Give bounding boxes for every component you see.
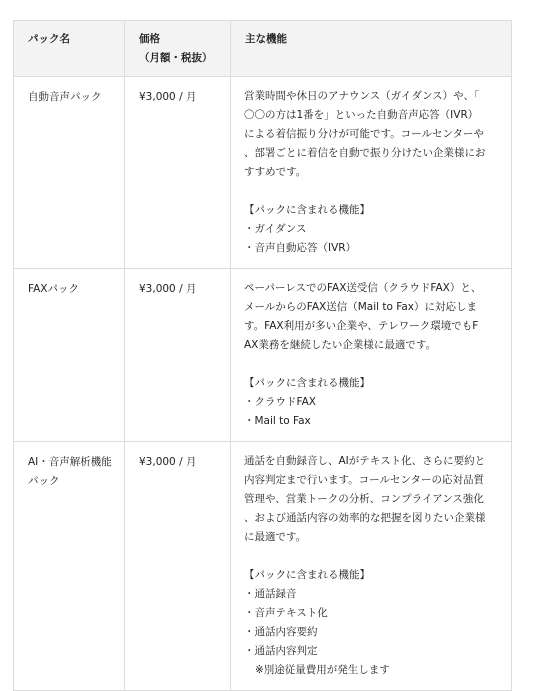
- pack-pricing-table-container: パック名 価格 （月額・税抜） 主な機能 自動音声パック: [13, 20, 511, 640]
- included-feature-item: ・Mail to Fax: [244, 412, 501, 431]
- included-feature-item: ・ガイダンス: [244, 220, 501, 239]
- table-header-row: パック名 価格 （月額・税抜） 主な機能: [14, 21, 512, 77]
- description-line: ペーパーレスでのFAX送受信（クラウドFAX）と、: [244, 279, 501, 298]
- description-line: AX業務を継続したい企業様に最適です。: [244, 336, 501, 355]
- pack-pricing-table: パック名 価格 （月額・税抜） 主な機能 自動音声パック: [13, 20, 512, 640]
- description-line: す。FAX利用が多い企業や、テレワーク環境でもF: [244, 317, 501, 336]
- description-line: メールからのFAX送信（Mail to Fax）に対応しま: [244, 298, 501, 317]
- price-cell: ¥3,000 / 月: [125, 442, 231, 641]
- description-line: 、および通話内容の効率的な把握を図りたい企業様: [244, 509, 501, 528]
- features-cell: 通話を自動録音し、AIがテキスト化、さらに要約と 内容判定まで行います。コールセ…: [231, 442, 512, 641]
- features-cell: 営業時間や休日のアナウンス（ガイダンス）や、「 〇〇の方は1番を」といった自動音…: [231, 77, 512, 269]
- description-line: による着信振り分けが可能です。コールセンターや: [244, 125, 501, 144]
- included-features-heading: 【パックに含まれる機能】: [244, 566, 501, 585]
- description-line: 、部署ごとに着信を自動で振り分けたい企業様にお: [244, 144, 501, 163]
- description-line: 内容判定まで行います。コールセンターの応対品質: [244, 471, 501, 490]
- description-line: 管理や、営業トークの分析、コンプライアンス強化: [244, 490, 501, 509]
- pack-name: FAXパック: [28, 280, 112, 299]
- pack-name-cell: AI・音声解析機能 パック: [14, 442, 125, 641]
- pack-name-cell: 自動音声パック: [14, 77, 125, 269]
- pack-name-continued: パック: [28, 472, 112, 491]
- table-row: FAXパック ¥3,000 / 月 ペーパーレスでのFAX送受信（クラウドFAX…: [14, 269, 512, 442]
- pack-name: AI・音声解析機能: [28, 453, 112, 472]
- features-cell: ペーパーレスでのFAX送受信（クラウドFAX）と、 メールからのFAX送信（Ma…: [231, 269, 512, 442]
- included-feature-item: ・クラウドFAX: [244, 393, 501, 412]
- header-price-sublabel: （月額・税抜）: [139, 49, 218, 68]
- spacer: [244, 182, 501, 201]
- included-features-heading: 【パックに含まれる機能】: [244, 374, 501, 393]
- header-pack-name: パック名: [14, 21, 125, 77]
- header-features: 主な機能: [231, 21, 512, 77]
- pack-name: 自動音声パック: [28, 88, 112, 107]
- table-row: AI・音声解析機能 パック ¥3,000 / 月 通話を自動録音し、AIがテキス…: [14, 442, 512, 641]
- included-feature-item: ・音声自動応答（IVR）: [244, 239, 501, 258]
- price-cell: ¥3,000 / 月: [125, 77, 231, 269]
- description-line: 営業時間や休日のアナウンス（ガイダンス）や、「: [244, 87, 501, 106]
- header-price: 価格 （月額・税抜）: [125, 21, 231, 77]
- pack-price: ¥3,000 / 月: [139, 280, 218, 299]
- description-line: 〇〇の方は1番を」といった自動音声応答（IVR）: [244, 106, 501, 125]
- pack-name-cell: FAXパック: [14, 269, 125, 442]
- header-features-label: 主な機能: [245, 30, 499, 49]
- included-feature-item: ・通話録音: [244, 585, 501, 604]
- header-pack-name-label: パック名: [28, 30, 112, 49]
- included-features-heading: 【パックに含まれる機能】: [244, 201, 501, 220]
- included-feature-item: ・通話内容要約: [244, 623, 501, 640]
- description-line: に最適です。: [244, 528, 501, 547]
- pack-price: ¥3,000 / 月: [139, 453, 218, 472]
- spacer: [244, 355, 501, 374]
- table-row: 自動音声パック ¥3,000 / 月 営業時間や休日のアナウンス（ガイダンス）や…: [14, 77, 512, 269]
- description-line: すすめです。: [244, 163, 501, 182]
- description-line: 通話を自動録音し、AIがテキスト化、さらに要約と: [244, 452, 501, 471]
- price-cell: ¥3,000 / 月: [125, 269, 231, 442]
- header-price-label: 価格: [139, 30, 218, 49]
- spacer: [244, 547, 501, 566]
- included-feature-item: ・音声テキスト化: [244, 604, 501, 623]
- pack-price: ¥3,000 / 月: [139, 88, 218, 107]
